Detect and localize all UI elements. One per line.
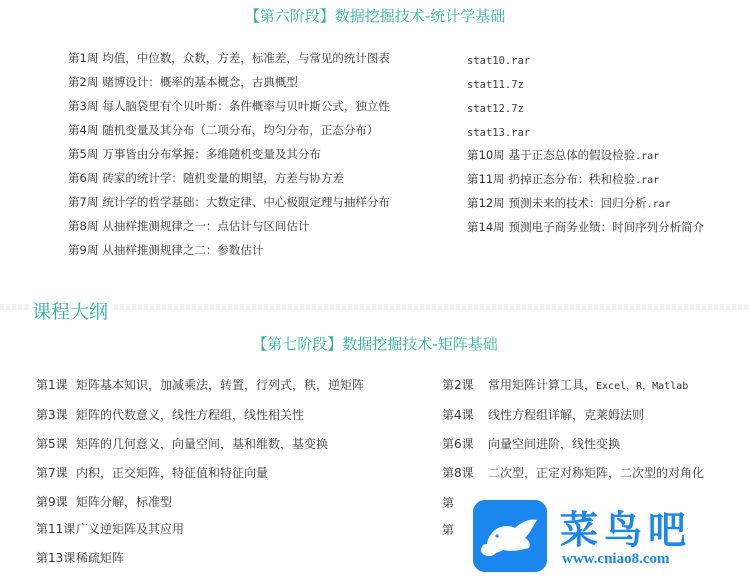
week-item: 第1周均值，中位数，众数，方差，标准差，与常见的统计图表 [68,50,390,66]
lesson-item: 第11课广义逆矩阵及其应用 [36,521,184,537]
week-item: 第14周预测电子商务业绩：时间序列分析简介 [467,219,704,235]
lesson-item: 第5课矩阵的几何意义，向量空间，基和维数，基变换 [36,436,328,452]
lesson-item: 第6课向量空间进阶，线性变换 [442,436,620,452]
week-item: 第6周砖家的统计学：随机变量的期望，方差与协方差 [68,170,344,186]
lesson-item: 第13课稀疏矩阵 [36,550,124,566]
section-divider [0,304,750,310]
lesson-item-partial: 第 [442,521,454,538]
week-item: 第9周从抽样推测规律之二：参数估计 [68,242,263,258]
week-item: 第4周随机变量及其分布（二项分布，均匀分布，正态分布） [68,122,378,138]
week-item: 第12周预测未来的技术：回归分析.rar [467,195,671,213]
watermark-url: www.cniao8.com [562,551,670,568]
week-item: 第2周赌博设计：概率的基本概念，古典概型 [68,74,298,90]
lesson-item: 第2课常用矩阵计算工具，Excel，R，Matlab [442,377,688,395]
week-item: 第7周统计学的哲学基础：大数定律、中心极限定理与抽样分布 [68,194,390,210]
lesson-item: 第4课线性方程组详解，克莱姆法则 [442,407,644,423]
week-item: 第10周基于正态总体的假设检验.rar [467,147,659,165]
bird-icon [473,500,547,572]
lesson-item: 第7课内积，正交矩阵，特征值和特征向量 [36,465,268,481]
lesson-item: 第3课矩阵的代数意义，线性方程组，线性相关性 [36,407,304,423]
lesson-item-partial: 第 [442,494,454,511]
lesson-item: 第9课矩阵分解，标准型 [36,494,172,510]
file-item[interactable]: stat10.rar [467,53,530,69]
watermark-logo: 菜鸟吧 www.cniao8.com [470,497,740,577]
lesson-item: 第8课二次型，正定对称矩阵，二次型的对角化 [442,465,704,481]
stage6-title: 【第六阶段】数据挖掘技术-统计学基础 [0,5,750,26]
week-item: 第3周每人脑袋里有个贝叶斯：条件概率与贝叶斯公式，独立性 [68,98,390,114]
week-item: 第8周从抽样推测规律之一：点估计与区间估计 [68,218,309,234]
stage7-title: 【第七阶段】数据挖掘技术-矩阵基础 [0,333,750,354]
lesson-item: 第1课矩阵基本知识，加减乘法，转置，行列式，秩，逆矩阵 [36,377,364,393]
file-item[interactable]: stat13.rar [467,125,530,141]
file-item[interactable]: stat11.7z [467,77,524,93]
watermark-name: 菜鸟吧 [560,499,692,554]
week-item: 第5周万事皆由分布掌握：多维随机变量及其分布 [68,146,321,162]
week-item: 第11周扔掉正态分布：秩和检验.rar [467,171,659,189]
outline-heading: 课程大纲 [30,297,112,324]
file-item[interactable]: stat12.7z [467,101,524,117]
